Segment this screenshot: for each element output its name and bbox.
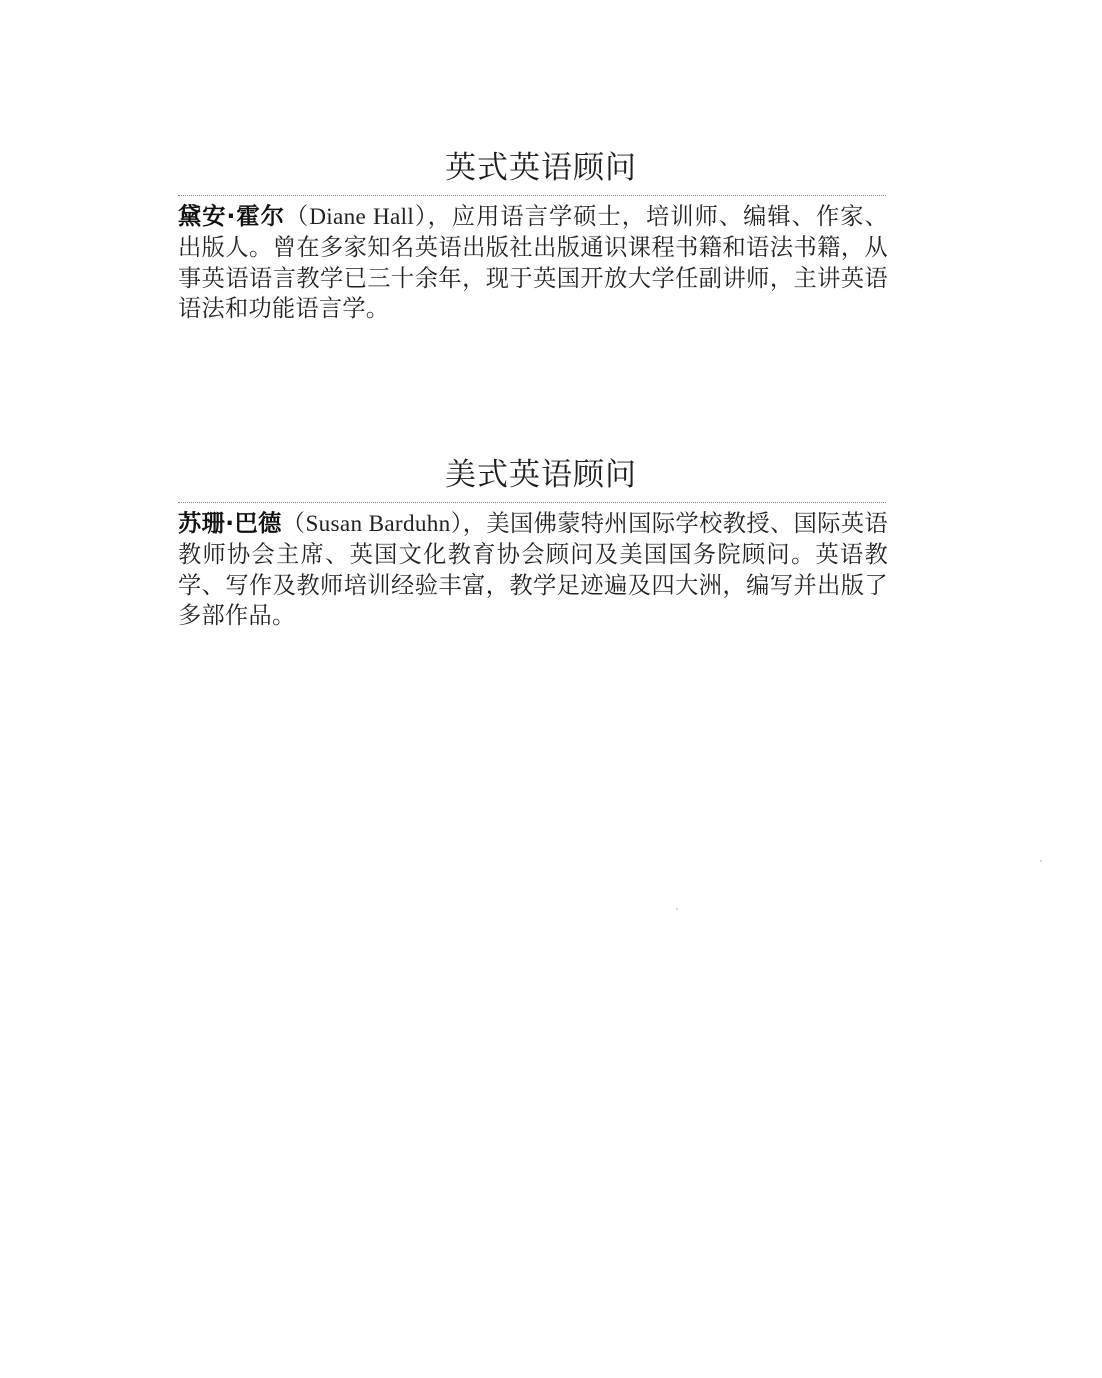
dotted-divider xyxy=(178,195,886,196)
scan-speck xyxy=(676,908,678,910)
consultant-bio: 黛安·霍尔（Diane Hall），应用语言学硕士，培训师、编辑、作家、出版人。… xyxy=(178,202,888,325)
scan-speck xyxy=(1040,860,1042,862)
name-paren-open: （ xyxy=(282,511,306,537)
section-heading: 美式英语顾问 xyxy=(178,452,888,498)
consultant-name-en: Susan Barduhn xyxy=(305,511,450,537)
name-paren-close: ）， xyxy=(451,511,487,537)
british-english-consultant-section: 英式英语顾问 黛安·霍尔（Diane Hall），应用语言学硕士，培训师、编辑、… xyxy=(178,145,888,325)
consultant-name-cn: 黛安·霍尔 xyxy=(178,203,285,230)
consultant-name-cn: 苏珊·巴德 xyxy=(178,510,282,537)
consultant-name-en: Diane Hall xyxy=(309,204,414,230)
name-paren-open: （ xyxy=(285,204,309,230)
american-english-consultant-section: 美式英语顾问 苏珊·巴德（Susan Barduhn），美国佛蒙特州国际学校教授… xyxy=(178,452,888,632)
name-paren-close: ）， xyxy=(414,204,452,230)
dotted-divider xyxy=(178,502,886,503)
consultant-bio: 苏珊·巴德（Susan Barduhn），美国佛蒙特州国际学校教授、国际英语教师… xyxy=(178,509,888,632)
section-heading: 英式英语顾问 xyxy=(178,145,888,191)
